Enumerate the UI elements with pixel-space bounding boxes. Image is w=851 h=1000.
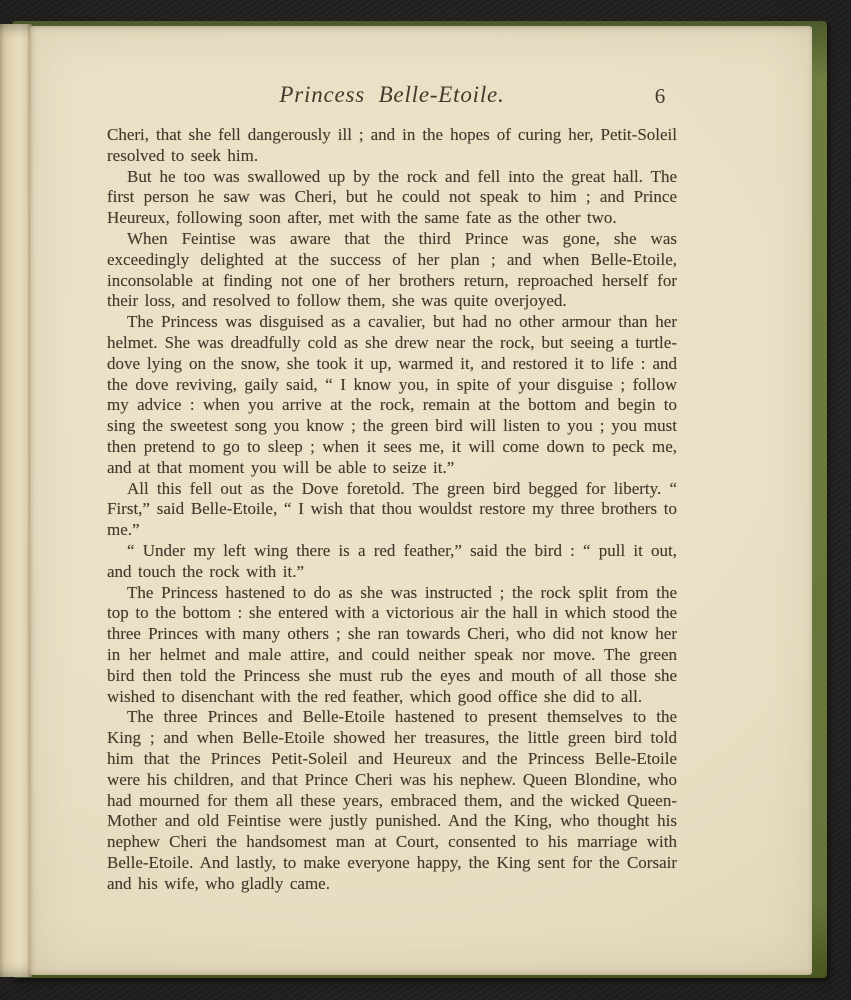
paragraph: The three Princes and Belle-Etoile haste…: [107, 707, 677, 894]
paragraph: The Princess hastened to do as she was i…: [107, 583, 677, 708]
page-number: 6: [640, 84, 680, 109]
running-title: Princess Belle-Etoile.: [107, 82, 677, 114]
book-page: Princess Belle-Etoile. 6 Cheri, that she…: [30, 26, 812, 975]
paragraph: When Feintise was aware that the third P…: [107, 229, 677, 312]
paragraph: Cheri, that she fell dangerously ill ; a…: [107, 125, 677, 167]
paragraph: “ Under my left wing there is a red feat…: [107, 541, 677, 583]
page-edges: [0, 24, 32, 977]
paragraph: All this fell out as the Dove foretold. …: [107, 479, 677, 541]
paragraph: But he too was swallowed up by the rock …: [107, 167, 677, 229]
paragraph: The Princess was disguised as a cavalier…: [107, 312, 677, 478]
text-block: Cheri, that she fell dangerously ill ; a…: [107, 125, 677, 894]
photo-backdrop: Princess Belle-Etoile. 6 Cheri, that she…: [0, 0, 851, 1000]
